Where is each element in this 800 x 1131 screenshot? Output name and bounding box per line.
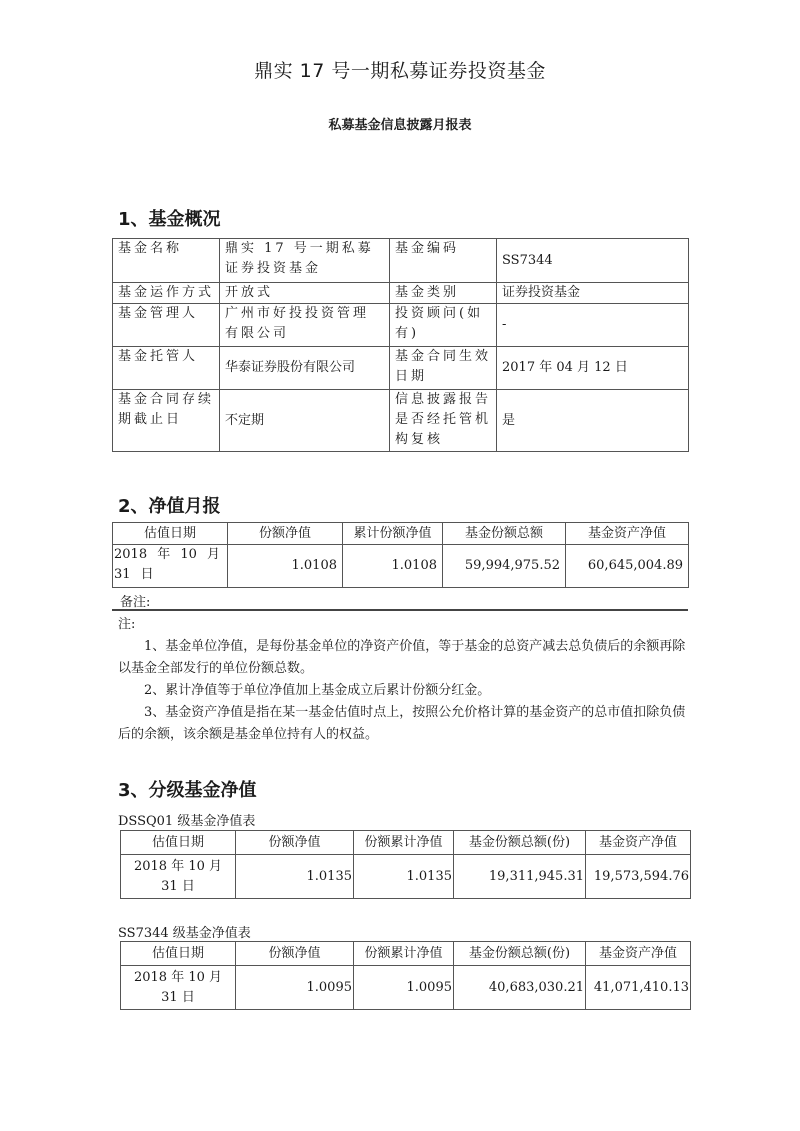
- column-header: 估值日期: [113, 523, 228, 545]
- value-custodian: 华泰证券股份有限公司: [220, 347, 390, 390]
- label-contract-end-date: 基金合同存续期截止日: [113, 390, 220, 452]
- cell-total-shares: 59,994,975.52: [443, 545, 566, 588]
- column-header: 份额净值: [236, 942, 354, 966]
- column-header: 份额累计净值: [354, 831, 454, 855]
- table-header-row: 估值日期 份额净值 份额累计净值 基金份额总额(份) 基金资产净值: [121, 831, 691, 855]
- cell-nav: 1.0108: [228, 545, 343, 588]
- column-header: 基金资产净值: [586, 831, 691, 855]
- column-header: 累计份额净值: [343, 523, 443, 545]
- table-caption: SS7344 级基金净值表: [118, 922, 251, 941]
- section-heading-tiered-nav: 3、分级基金净值: [118, 776, 257, 802]
- value-effective-date: 2017 年 04 月 12 日: [497, 347, 689, 390]
- tiered-nav-table-ss7344: 估值日期 份额净值 份额累计净值 基金份额总额(份) 基金资产净值 2018 年…: [120, 941, 691, 1010]
- table-row: 基金托管人 华泰证券股份有限公司 基金合同生效日期 2017 年 04 月 12…: [113, 347, 689, 390]
- cell-accumulated-nav: 1.0108: [343, 545, 443, 588]
- value-investment-advisor: -: [497, 304, 689, 347]
- remark-label: 备注:: [120, 591, 150, 610]
- table-row: 基金合同存续期截止日 不定期 信息披露报告是否经托管机构复核 是: [113, 390, 689, 452]
- cell-nav: 1.0095: [236, 966, 354, 1010]
- value-fund-manager: 广州市好投投资管理有限公司: [220, 304, 390, 347]
- column-header: 基金份额总额(份): [454, 831, 586, 855]
- column-header: 份额累计净值: [354, 942, 454, 966]
- column-header: 基金份额总额(份): [454, 942, 586, 966]
- table-row: 基金运作方式 开放式 基金类别 证券投资基金: [113, 283, 689, 304]
- cell-net-assets: 41,071,410.13: [586, 966, 691, 1010]
- table-header-row: 估值日期 份额净值 份额累计净值 基金份额总额(份) 基金资产净值: [121, 942, 691, 966]
- document-title: 鼎实 17 号一期私募证券投资基金: [0, 56, 800, 83]
- section-heading-monthly-nav: 2、净值月报: [118, 492, 221, 518]
- cell-valuation-date: 2018 年 10 月 31 日: [121, 855, 236, 899]
- note-item: 2、累计净值等于单位净值加上基金成立后累计份额分红金。: [118, 680, 688, 702]
- cell-valuation-date: 2018 年 10 月 31 日: [113, 545, 228, 588]
- note-item: 1、基金单位净值，是每份基金单位的净资产价值，等于基金的总资产减去总负债后的余额…: [118, 636, 688, 680]
- cell-total-shares: 40,683,030.21: [454, 966, 586, 1010]
- label-custodian-review: 信息披露报告是否经托管机构复核: [390, 390, 497, 452]
- monthly-nav-table: 估值日期 份额净值 累计份额净值 基金份额总额 基金资产净值 2018 年 10…: [112, 522, 689, 588]
- column-header: 估值日期: [121, 942, 236, 966]
- notes-block: 注: 1、基金单位净值，是每份基金单位的净资产价值，等于基金的总资产减去总负债后…: [118, 614, 688, 746]
- table-row: 2018 年 10 月 31 日 1.0095 1.0095 40,683,03…: [121, 966, 691, 1010]
- notes-title: 注:: [118, 614, 688, 636]
- value-operation-mode: 开放式: [220, 283, 390, 304]
- label-operation-mode: 基金运作方式: [113, 283, 220, 304]
- table-header-row: 估值日期 份额净值 累计份额净值 基金份额总额 基金资产净值: [113, 523, 689, 545]
- cell-accumulated-nav: 1.0135: [354, 855, 454, 899]
- note-item: 3、基金资产净值是指在某一基金估值时点上，按照公允价格计算的基金资产的总市值扣除…: [118, 702, 688, 746]
- divider: [112, 609, 688, 611]
- table-row: 2018 年 10 月 31 日 1.0108 1.0108 59,994,97…: [113, 545, 689, 588]
- label-custodian: 基金托管人: [113, 347, 220, 390]
- value-fund-code: SS7344: [497, 239, 689, 283]
- section-heading-overview: 1、基金概况: [118, 205, 221, 231]
- column-header: 基金资产净值: [566, 523, 689, 545]
- label-effective-date: 基金合同生效日期: [390, 347, 497, 390]
- table-row: 基金名称 鼎实 17 号一期私募证券投资基金 基金编码 SS7344: [113, 239, 689, 283]
- fund-overview-table: 基金名称 鼎实 17 号一期私募证券投资基金 基金编码 SS7344 基金运作方…: [112, 238, 689, 452]
- value-fund-name: 鼎实 17 号一期私募证券投资基金: [220, 239, 390, 283]
- cell-nav: 1.0135: [236, 855, 354, 899]
- column-header: 基金资产净值: [586, 942, 691, 966]
- column-header: 份额净值: [236, 831, 354, 855]
- value-contract-end-date: 不定期: [220, 390, 390, 452]
- table-caption: DSSQ01 级基金净值表: [118, 810, 255, 829]
- column-header: 基金份额总额: [443, 523, 566, 545]
- label-investment-advisor: 投资顾问(如有): [390, 304, 497, 347]
- cell-total-shares: 19,311,945.31: [454, 855, 586, 899]
- column-header: 份额净值: [228, 523, 343, 545]
- label-fund-name: 基金名称: [113, 239, 220, 283]
- label-fund-category: 基金类别: [390, 283, 497, 304]
- label-fund-manager: 基金管理人: [113, 304, 220, 347]
- label-fund-code: 基金编码: [390, 239, 497, 283]
- value-custodian-review: 是: [497, 390, 689, 452]
- column-header: 估值日期: [121, 831, 236, 855]
- table-row: 2018 年 10 月 31 日 1.0135 1.0135 19,311,94…: [121, 855, 691, 899]
- cell-net-assets: 19,573,594.76: [586, 855, 691, 899]
- cell-valuation-date: 2018 年 10 月 31 日: [121, 966, 236, 1010]
- value-fund-category: 证券投资基金: [497, 283, 689, 304]
- tiered-nav-table-dssq01: 估值日期 份额净值 份额累计净值 基金份额总额(份) 基金资产净值 2018 年…: [120, 830, 691, 899]
- cell-accumulated-nav: 1.0095: [354, 966, 454, 1010]
- table-row: 基金管理人 广州市好投投资管理有限公司 投资顾问(如有) -: [113, 304, 689, 347]
- cell-net-assets: 60,645,004.89: [566, 545, 689, 588]
- document-subtitle: 私募基金信息披露月报表: [0, 114, 800, 133]
